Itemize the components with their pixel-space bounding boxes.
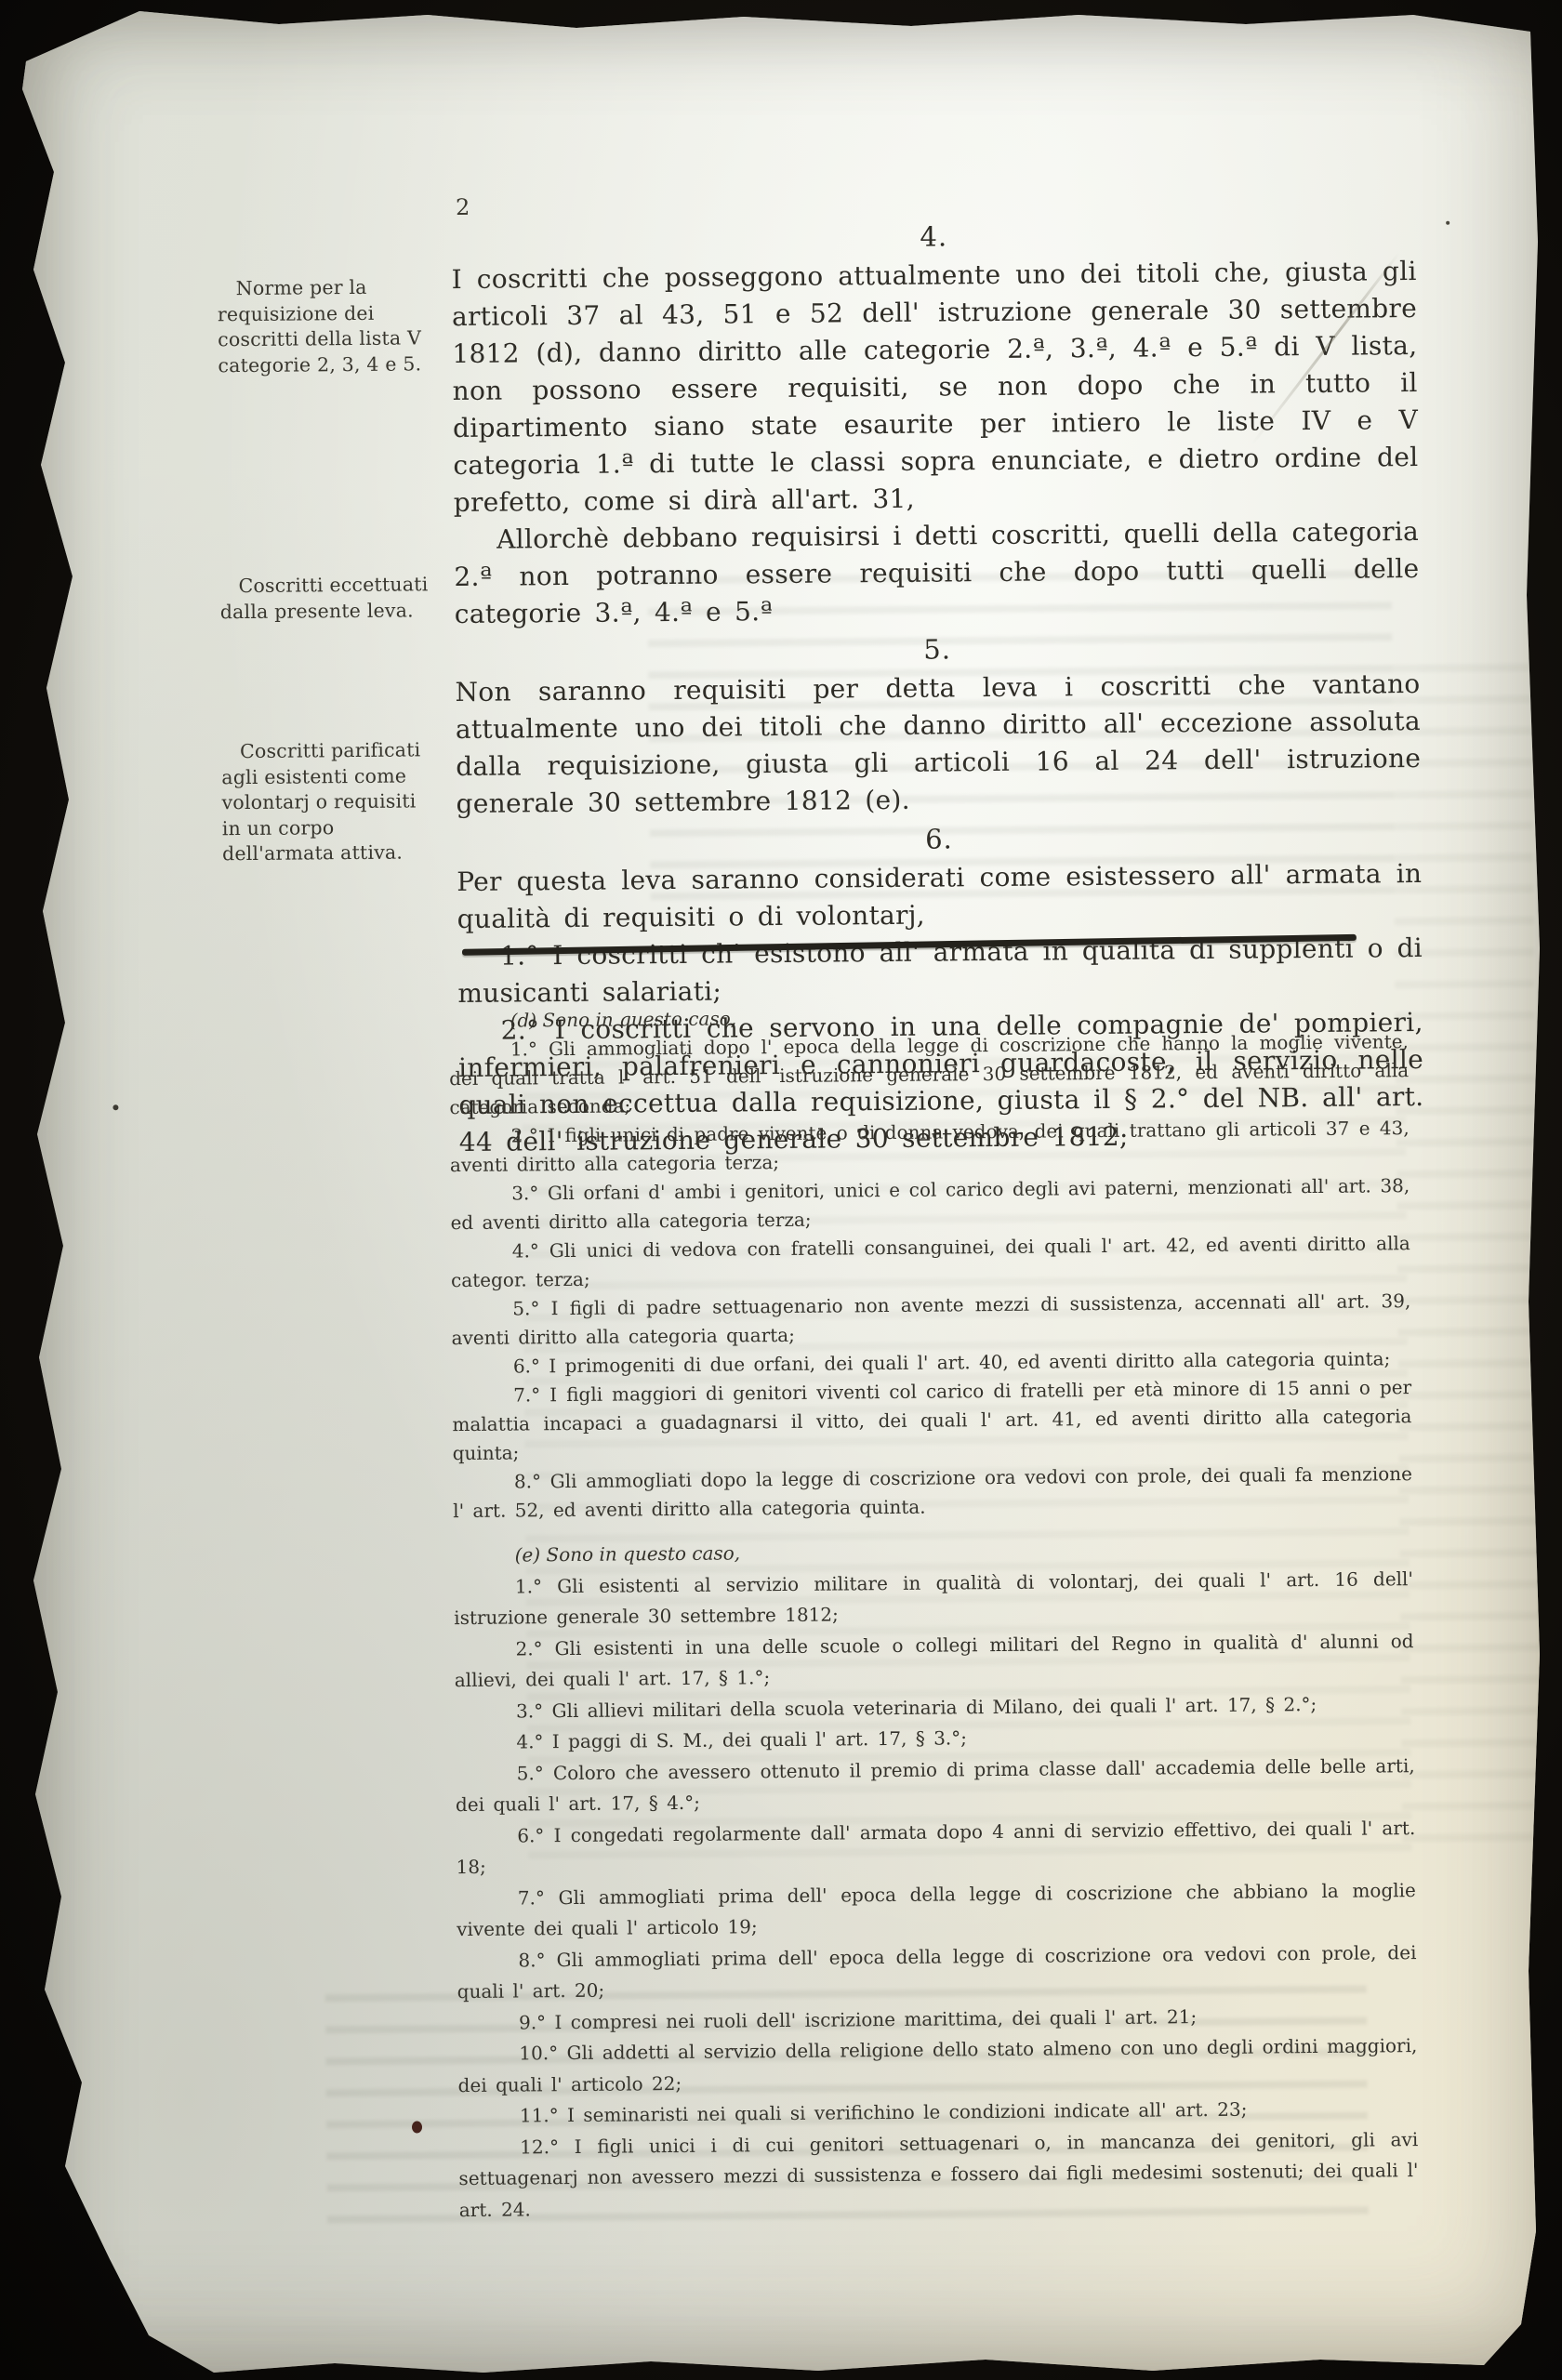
- section-4-paragraph-1: I coscritti che posseggono attualmente u…: [452, 253, 1419, 522]
- footnotes-block: (d) Sono in questo caso, 1.° Gli ammogli…: [449, 998, 1419, 2226]
- footnote-d-item: 1.° Gli ammogliati dopo l' epoca della l…: [449, 1027, 1410, 1122]
- footnote-e-item: 1.° Gli esistenti al servizio militare i…: [454, 1564, 1414, 1634]
- margin-note-excepted-conscripts: Coscritti eccettuati dalla presente leva…: [219, 572, 433, 625]
- section-number-5: 5.: [455, 627, 1420, 672]
- footnote-e-item: 12.° I figli unici i di cui genitori set…: [458, 2124, 1419, 2227]
- footnote-e-item: 6.° I congedati regolarmente dall' armat…: [456, 1813, 1416, 1884]
- section-4-paragraph-2: Allorchè debbano requisirsi i detti cosc…: [454, 513, 1420, 633]
- footnote-d-item: 2.° I figli unici di padre vivente o di …: [450, 1114, 1410, 1180]
- ink-speck: [1446, 221, 1449, 225]
- margin-note-requisition-rules: Norme per la requisizione dei coscritti …: [218, 274, 432, 378]
- footnote-d-item: 7.° I figli maggiori di genitori viventi…: [452, 1373, 1412, 1468]
- ink-speck: [412, 2121, 422, 2133]
- footnote-e-item: 8.° Gli ammogliati prima dell' epoca del…: [457, 1937, 1417, 2008]
- footnote-d-item: 8.° Gli ammogliati dopo la legge di cosc…: [453, 1460, 1413, 1526]
- footnote-e-item: 7.° Gli ammogliati prima dell' epoca del…: [457, 1875, 1417, 1946]
- footnote-e-item: 10.° Gli addetti al servizio della relig…: [457, 2030, 1418, 2101]
- section-number-6: 6.: [457, 816, 1422, 862]
- footnote-d-item: 4.° Gli unici di vedova con fratelli con…: [451, 1229, 1411, 1295]
- section-number-4: 4.: [451, 214, 1416, 259]
- page-content: 2 Norme per la requisizione dei coscritt…: [0, 0, 1562, 2380]
- section-6-paragraph-1: Per questa leva saranno considerati come…: [457, 855, 1423, 938]
- section-5-paragraph-1: Non saranno requisiti per detta leva i c…: [455, 666, 1421, 823]
- footnote-d-item: 3.° Gli orfani d' ambi i genitori, unici…: [450, 1171, 1410, 1237]
- footnote-e-item: 5.° Coloro che avessero ottenuto il prem…: [456, 1751, 1416, 1821]
- ink-speck: [113, 1104, 118, 1110]
- footnote-d-item: 5.° I figli di padre settuagenario non a…: [451, 1287, 1411, 1353]
- document-page: 2 Norme per la requisizione dei coscritt…: [0, 0, 1562, 2380]
- scan-background: 2 Norme per la requisizione dei coscritt…: [0, 0, 1562, 2380]
- footnote-e: (e) Sono in questo caso, 1.° Gli esisten…: [454, 1532, 1419, 2226]
- margin-note-equated-conscripts: Coscritti parificati agli esistenti come…: [221, 737, 436, 867]
- folio-number: 2: [456, 194, 470, 220]
- footnote-e-item: 2.° Gli esistenti in una delle scuole o …: [454, 1626, 1414, 1697]
- footnote-d: (d) Sono in questo caso, 1.° Gli ammogli…: [449, 998, 1413, 1526]
